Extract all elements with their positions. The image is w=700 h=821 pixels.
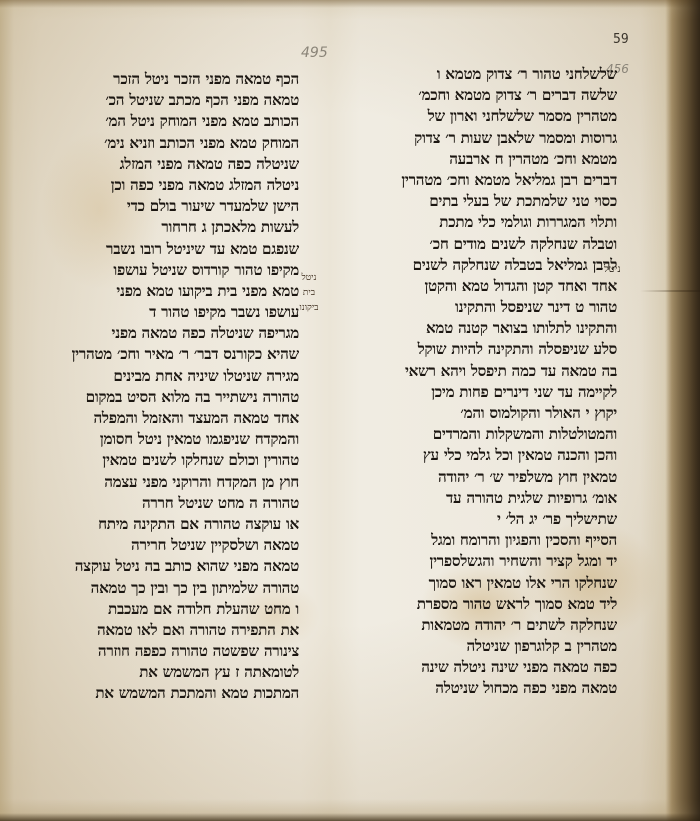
text-line: טמאה מפני כפה מכחול שניטלה — [345, 678, 617, 699]
marginal-note-right: ניטל — [604, 264, 621, 275]
text-line: כסוי טני שלמתכת של בעלי בתים — [345, 191, 617, 212]
text-line: טהורה ה מחט שניטל חררה — [65, 493, 299, 514]
text-line: מטמא וחכ׳ מטהרין ח ארבעה — [345, 149, 617, 170]
text-line: טמאה מפני שהוא כותב בה ניטל עוקצה — [65, 556, 299, 577]
text-line: טמאה ושלסקיין שניטל חרירה — [65, 535, 299, 556]
text-line: הכותב טמא מפני המוחק ניטל המ׳ — [65, 111, 299, 132]
text-line: לעשות מלאכתן ג חרחור — [65, 217, 299, 238]
text-line: או עוקצה טהורה אם התקינה מיתח — [65, 514, 299, 535]
text-line: ליד טמא סמוך לראש טהור מספרת — [345, 594, 617, 615]
binding-edge-shadow — [666, 0, 700, 821]
text-line: והתקינו לתלותו בצואר קטנה טמא — [345, 318, 617, 339]
text-line: טמאה מפני הכף מכתב שניטל הכ׳ — [65, 90, 299, 111]
text-line: והכן והכנה טמאין וכל גלמי כלי עץ — [345, 445, 617, 466]
marginal-note-line: ביקונו — [293, 301, 325, 316]
text-line: הכף טמאה מפני הזכר ניטל הזכר — [65, 69, 299, 90]
text-line: טהור ט דינר שניפסל והתקינו — [345, 297, 617, 318]
text-line: מגריפה שניטלה כפה טמאה מפני — [65, 323, 299, 344]
text-line: סלע שניפסלה והתקינה להיות שוקל — [345, 339, 617, 360]
text-line: אחד טמאה המעצד והאזמל והמפלה — [65, 408, 299, 429]
folio-number: 59 — [613, 32, 629, 47]
text-line: שהיא כקורנס דבר׳ ר׳ מאיר וחכ׳ מטהרין — [65, 344, 299, 365]
text-line: בה טמאה עד כמה תיפסל ויהא רשאי — [345, 361, 617, 382]
marginal-note-line: ניטל — [293, 271, 325, 286]
text-line: דברים רבן גמליאל מטמא וחכ׳ מטהרין — [345, 170, 617, 191]
text-line: יקוץ י האולר והקולמוס והמ׳ — [345, 403, 617, 424]
text-line: המתכות טמא והמתכת המשמש את — [65, 683, 299, 704]
text-line: אומ׳ גרופיות שלגית טהורה עד — [345, 488, 617, 509]
text-line: מטהרין מסמר שלשלחני וארון של — [345, 106, 617, 127]
text-line: לטומאתה ז עץ המשמש את — [65, 662, 299, 683]
text-line: שניטלה כפה טמאה מפני המזלג — [65, 154, 299, 175]
text-line: והמקדח שניפגמו טמאין ניטל חסומן — [65, 429, 299, 450]
text-line: חוץ מן המקדח והרוקני מפני עצמה — [65, 472, 299, 493]
text-line: מקיפו טהור קורדוס שניטל עושפו — [65, 260, 299, 281]
text-line: ו מחט שהעלת חלודה אם מעכבת — [65, 599, 299, 620]
text-line: שנחלקו הרי אלו טמאין ראו סמוך — [345, 573, 617, 594]
text-line: צינורה שפשטה טהורה כפפה חוזרה — [65, 641, 299, 662]
text-line: וטבלה שנחלקה לשנים מודים חכ׳ — [345, 234, 617, 255]
pencil-foliation-top: 495 — [301, 45, 328, 61]
text-line: טמא מפני בית ביקועו טמא מפני — [65, 281, 299, 302]
text-line: הסייף והסכין והפגיון והרומח ומגל — [345, 530, 617, 551]
text-line: טמאין חוץ משלפיר ש׳ ר׳ יהודה — [345, 467, 617, 488]
text-line: ניטלה המזלג טמאה מפני כפה וכן — [65, 175, 299, 196]
manuscript-page: 59 456 495 שלשלחני טהור ר׳ צדוק מטמא ו ש… — [0, 0, 700, 821]
text-line: גרוסות ומסמר שלאבן שעות ר׳ צדוק — [345, 128, 617, 149]
text-line: המוחק טמא מפני הכותב וזניא נימ׳ — [65, 133, 299, 154]
text-line: לקיימה עד שני דינרים פחות מיכן — [345, 382, 617, 403]
text-line: שלשלחני טהור ר׳ צדוק מטמא ו — [345, 64, 617, 85]
text-line: טהורה נישתייר בה מלוא הסיט במקום — [65, 387, 299, 408]
text-line: יד ומגל קציר והשחיר והגשלספרין — [345, 551, 617, 572]
text-line: שלשה דברים ר׳ צדוק מטמא וחכמ׳ — [345, 85, 617, 106]
text-line: עושפו נשבר מקיפו טהור ד — [65, 302, 299, 323]
text-line: שנפגם טמא עד שיניטל רובו נשבר — [65, 239, 299, 260]
marginal-note-line: בית — [293, 286, 325, 301]
text-line: כפה טמאה מפני שינה ניטלה שינה — [345, 657, 617, 678]
text-column-left: הכף טמאה מפני הזכר ניטל הזכר טמאה מפני ה… — [65, 69, 299, 705]
text-line: ותלוי המגררות וגולמי כלי מתכת — [345, 212, 617, 233]
text-line: אחד ואחד קטן והגדול טמא והקטן — [345, 276, 617, 297]
text-line: את התפירה טהורה ואם לאו טמאה — [65, 620, 299, 641]
text-line: מטהרין ב קלוגרפון שניטלה — [345, 636, 617, 657]
text-line: לרבן גמליאל בטבלה שנחלקה לשנים — [345, 255, 617, 276]
text-line: הישן שלמעדר שיעור בולם כדי — [65, 196, 299, 217]
text-column-right: שלשלחני טהור ר׳ צדוק מטמא ו שלשה דברים ר… — [345, 64, 617, 700]
text-line: והמטולטלות והמשקלות והמרדים — [345, 424, 617, 445]
text-line: שנחלקה לשתים ר׳ יהודה מטמאות — [345, 615, 617, 636]
text-line: טהורין וכולם שנחלקו לשנים טמאין — [65, 450, 299, 471]
text-line: שתישליך פר׳ יג הל׳ י — [345, 509, 617, 530]
marginal-note-between-columns: ניטל בית ביקונו — [293, 271, 325, 316]
text-line: טהורה שלמיתון בין כך ובין כך טמאה — [65, 578, 299, 599]
text-line: מגירה שניטלו שיניה אחת מבינים — [65, 366, 299, 387]
